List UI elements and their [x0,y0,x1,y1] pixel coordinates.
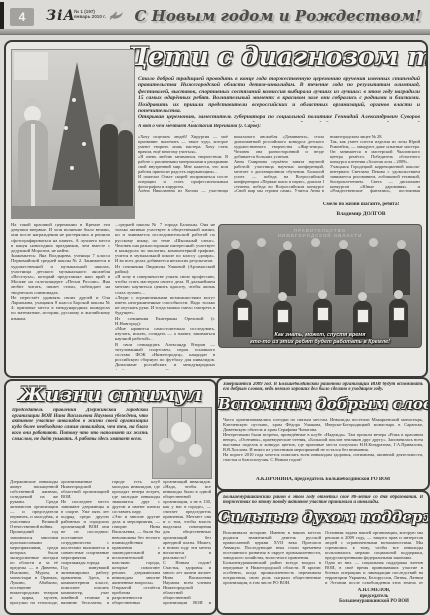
ornaments-photo [152,407,212,479]
girl-figure [118,130,133,218]
person-figure [227,249,244,295]
silnye-lede: Большемурашкинский район в этом году отм… [223,495,423,509]
dobrym-signature: А.К.ПРОНИНА, председатель Большеболдинск… [223,477,423,486]
article-stimul: Жизни стимул Председатель правления Дзер… [4,379,217,615]
ornament-ball [177,456,186,465]
person-figure [307,247,324,293]
dobrym-headline: Вспомним добрым словом [218,395,428,414]
ornament-ball [159,438,174,453]
dobrym-lede: Завершается 2009 год. В Большеболдинской… [223,382,423,396]
dobrym-body: Часто организовывались поездки по святым… [223,417,423,475]
girl-figure [100,124,118,218]
ornament-string [195,408,196,444]
person-figure [365,247,382,293]
person-figure [393,249,410,295]
silnye-signature: А.Н.СМЕЛОВ, председатель Большемурашкинс… [324,588,424,608]
silnye-body: Вспоминали историю. Именно в наших места… [223,530,423,586]
christmas-tree [52,62,102,190]
page-number: 4 [10,8,34,26]
person-figure [253,247,270,293]
newspaper-logo: ЗіА [46,7,76,25]
talent-lede: Стало доброй традицией проводить в конце… [138,76,420,122]
talent-photo [11,49,135,219]
tree-ornament [72,98,76,102]
talent-col-left-2: ...средней школы № 7 города Балахны. Она… [115,222,215,370]
ornament-ball [171,422,191,442]
tree-ornament [82,142,86,146]
tree-ornament [70,166,74,170]
ornament-ball [189,444,202,457]
person-figure [335,249,352,295]
window-light [14,52,48,80]
tree-ornament [64,126,68,130]
photo-floor [12,206,134,218]
article-dobrym: Завершается 2009 год. В Большеболдинской… [216,377,430,491]
talent-signature: Владимир ДОЛГОВ [304,211,418,220]
ded-moroz-trim [31,124,35,208]
article-silnye: Большемурашкинский район в этом году отм… [216,490,430,615]
group-photo-caption: Как знать, может, спустя время кто-то из… [219,332,421,345]
ornament-string [167,408,168,438]
scan-edge [0,2,4,32]
person-figure [279,250,296,296]
group-photo-banner: ПРАВИТЕЛЬСТВО НИЖЕГОРОДСКОЙ ОБЛАСТИ [219,228,421,239]
talent-headline: Дети с диагнозом талант [126,42,422,72]
header-rule [0,29,430,35]
stimul-body: Дзержинские инвалиды живут насыщенной со… [10,479,211,607]
silnye-headline: Сильные духом поддержки [218,508,428,527]
stimul-headline: Жизни стимул [6,382,215,406]
stimul-lede: Председатель правления Дзержинской город… [12,408,148,474]
dove-icon [108,8,128,23]
newspaper-page: 4 ЗіА № 1 (197) январь 2010 г. С Новым г… [0,0,430,615]
group-photo: ПРАВИТЕЛЬСТВО НИЖЕГОРОДСКОЙ ОБЛАСТИ Как … [218,224,422,348]
article-talent: Дети с диагнозом талант Стало доброй тра… [4,40,428,378]
talent-columns-mid: «Хочу исцелять людей! Хирургия — моё при… [138,135,420,199]
holiday-greeting: С Новым годом и Рождеством! [132,6,424,26]
talent-col-left-1: На такой красивой церемонии в Кремле эти… [11,222,110,370]
talent-quote-intro: А вот о чём мечтает Анастасия Верейкина … [138,124,298,133]
talent-closing: Смело по жизни шагайте, ребята! [304,202,418,210]
